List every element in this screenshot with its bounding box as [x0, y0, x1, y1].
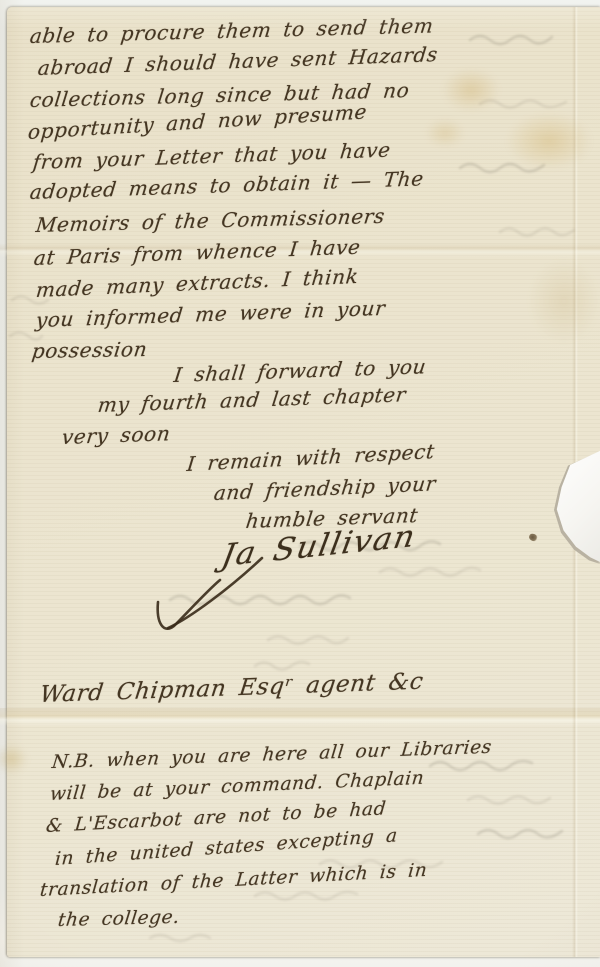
scanned-letter: able to procure them to send them abroad…	[0, 0, 600, 967]
handwriting-line: very soon	[61, 421, 172, 449]
handwriting-line: the college.	[57, 907, 181, 931]
handwriting-line: possession	[31, 337, 149, 363]
